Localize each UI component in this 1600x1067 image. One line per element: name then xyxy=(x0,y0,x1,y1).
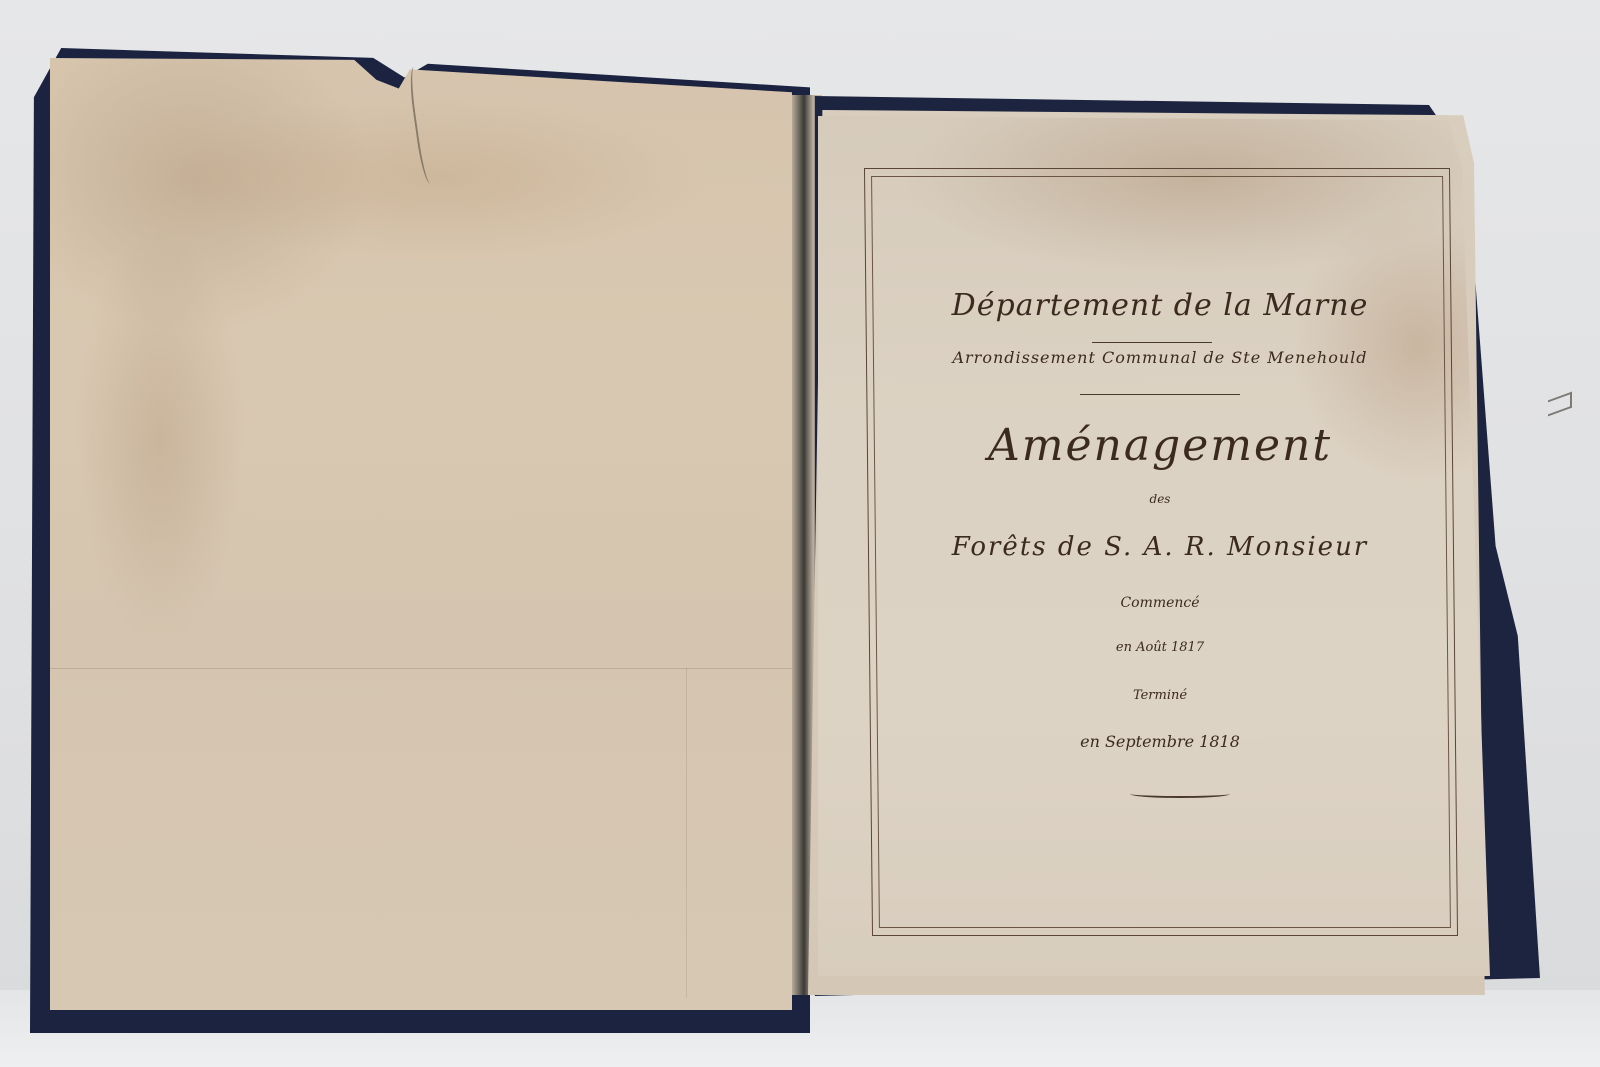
board-seam-vertical xyxy=(686,668,687,998)
closing-flourish xyxy=(1130,790,1230,798)
des-line: des xyxy=(870,492,1450,506)
end-date: en Septembre 1818 xyxy=(870,732,1450,751)
left-inside-board xyxy=(50,58,792,1010)
termine-label: Terminé xyxy=(870,688,1450,703)
board-seam-horizontal xyxy=(50,668,792,669)
cover-tie-tab xyxy=(1548,392,1572,417)
department-heading: Département de la Marne xyxy=(870,288,1450,323)
commence-label: Commencé xyxy=(870,595,1450,611)
subheading-rule xyxy=(1080,394,1240,395)
heading-rule xyxy=(1092,342,1212,343)
main-title: Aménagement xyxy=(870,420,1450,471)
start-date: en Août 1817 xyxy=(870,640,1450,655)
forests-line: Forêts de S. A. R. Monsieur xyxy=(870,532,1450,562)
arrondissement-line: Arrondissement Communal de Ste Menehould xyxy=(870,348,1450,367)
